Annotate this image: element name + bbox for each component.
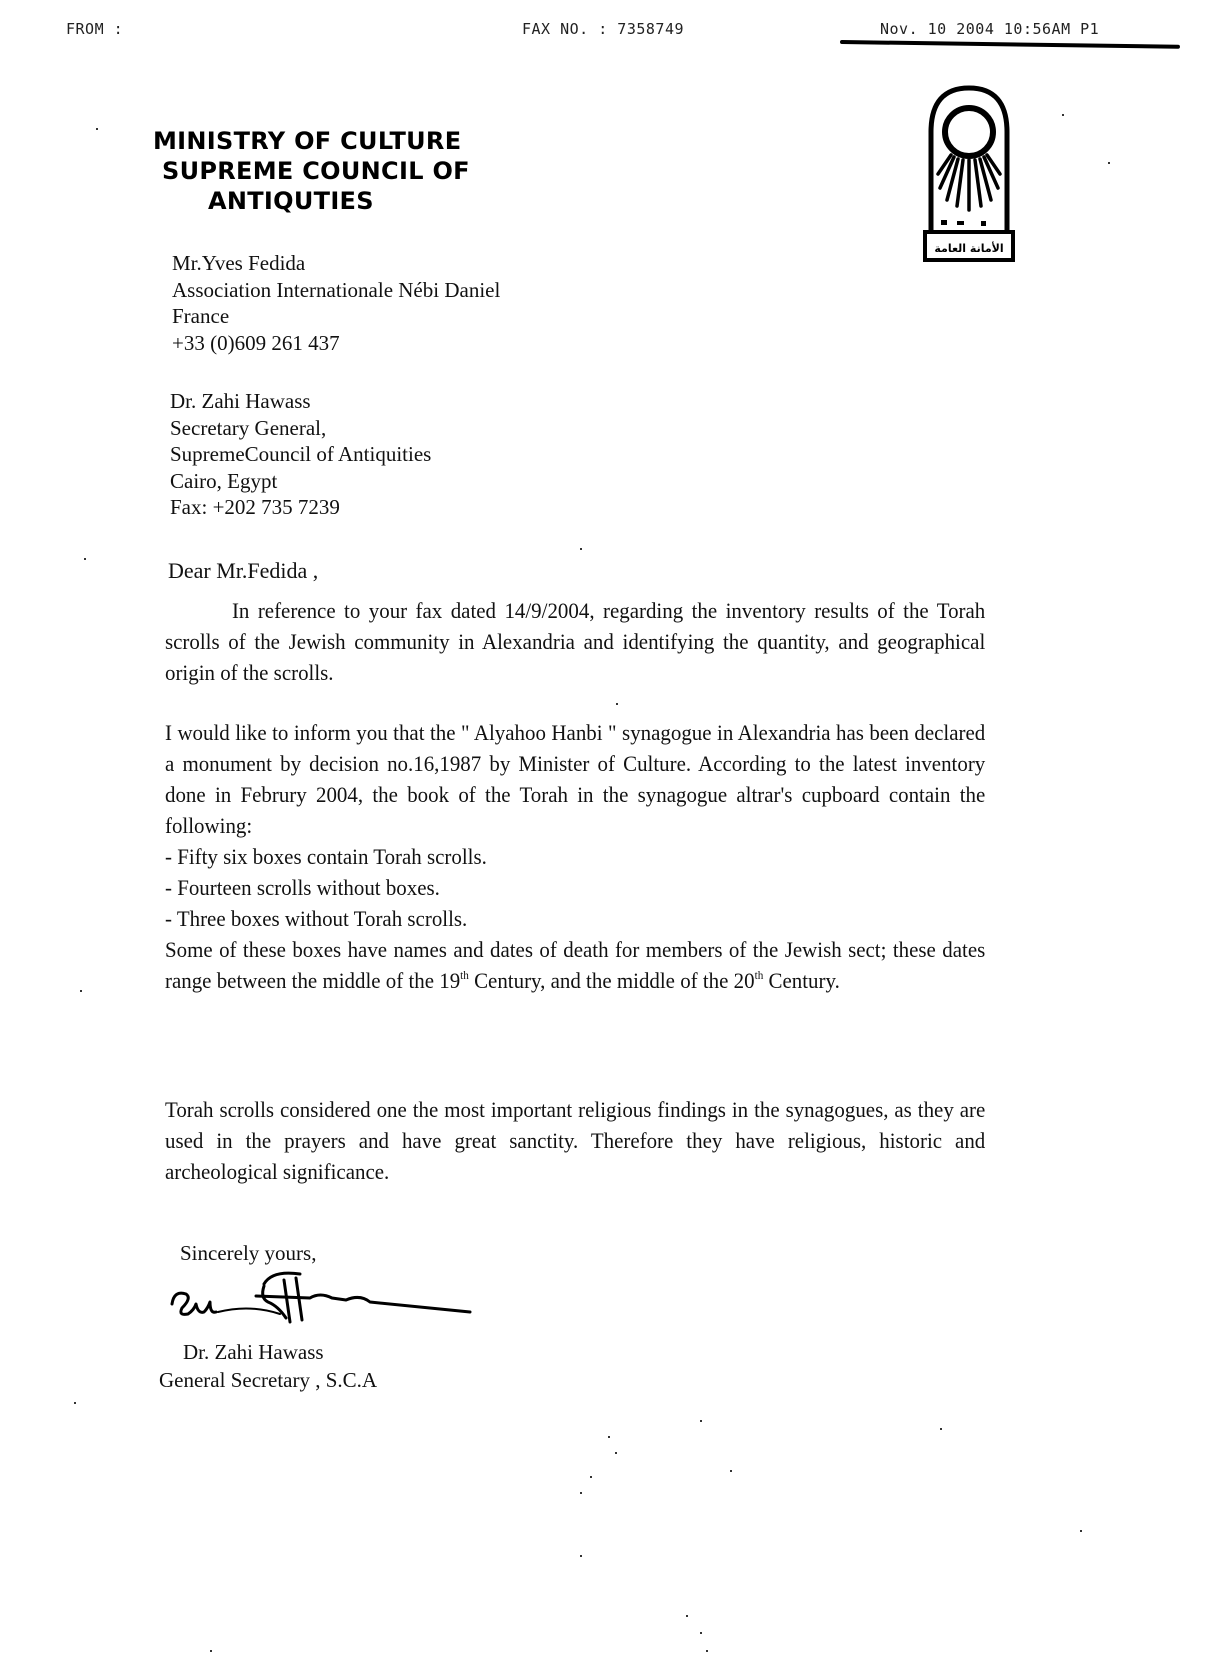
ordinal-suffix: th [460, 968, 469, 982]
logo-caption: الأمانة العامة [934, 241, 1003, 255]
fax-number: FAX NO. : 7358749 [522, 20, 684, 38]
paragraph-significance: Torah scrolls considered one the most im… [165, 1094, 985, 1187]
paragraph-inventory-text: I would like to inform you that the " Al… [165, 717, 985, 841]
paragraph-reference: In reference to your fax dated 14/9/2004… [165, 595, 985, 688]
dates-text-3: Century. [763, 968, 840, 993]
sender-organization: SupremeCouncil of Antiquities [170, 441, 431, 468]
signer-name: Dr. Zahi Hawass [183, 1340, 324, 1365]
letterhead-line-3: ANTIQUTIES [153, 186, 470, 216]
recipient-phone: +33 (0)609 261 437 [172, 330, 500, 357]
letterhead-line-1: MINISTRY OF CULTURE [153, 126, 470, 156]
recipient-organization: Association Internationale Nébi Daniel [172, 277, 500, 304]
list-item: - Three boxes without Torah scrolls. [165, 903, 985, 934]
sender-address: Dr. Zahi Hawass Secretary General, Supre… [170, 388, 431, 521]
sca-emblem-icon: الأمانة العامة [923, 82, 1015, 264]
sender-name: Dr. Zahi Hawass [170, 388, 431, 415]
signer-title: General Secretary , S.C.A [159, 1368, 377, 1393]
paragraph-inventory: I would like to inform you that the " Al… [165, 717, 985, 996]
letterhead-line-2: SUPREME COUNCIL OF [153, 156, 470, 186]
ordinal-suffix: th [755, 968, 764, 982]
fax-header: FROM : FAX NO. : 7358749 Nov. 10 2004 10… [0, 20, 1212, 60]
list-item: - Fourteen scrolls without boxes. [165, 872, 985, 903]
salutation: Dear Mr.Fedida , [168, 558, 318, 584]
recipient-address: Mr.Yves Fedida Association International… [172, 250, 500, 356]
sender-fax: Fax: +202 735 7239 [170, 494, 431, 521]
valediction: Sincerely yours, [180, 1241, 316, 1266]
sender-location: Cairo, Egypt [170, 468, 431, 495]
list-item: - Fifty six boxes contain Torah scrolls. [165, 841, 985, 872]
sender-title: Secretary General, [170, 415, 431, 442]
paragraph-reference-text: In reference to your fax dated 14/9/2004… [165, 598, 985, 685]
dates-text-2: Century, and the middle of the 20 [469, 968, 755, 993]
handwritten-signature-icon [160, 1268, 480, 1338]
fax-underline-stroke [840, 40, 1180, 49]
fax-timestamp: Nov. 10 2004 10:56AM P1 [880, 20, 1099, 38]
recipient-name: Mr.Yves Fedida [172, 250, 500, 277]
fax-from-label: FROM : [66, 20, 123, 38]
letterhead: MINISTRY OF CULTURE SUPREME COUNCIL OF A… [153, 126, 470, 216]
recipient-country: France [172, 303, 500, 330]
paragraph-dates: Some of these boxes have names and dates… [165, 934, 985, 996]
inventory-list: - Fifty six boxes contain Torah scrolls.… [165, 841, 985, 934]
